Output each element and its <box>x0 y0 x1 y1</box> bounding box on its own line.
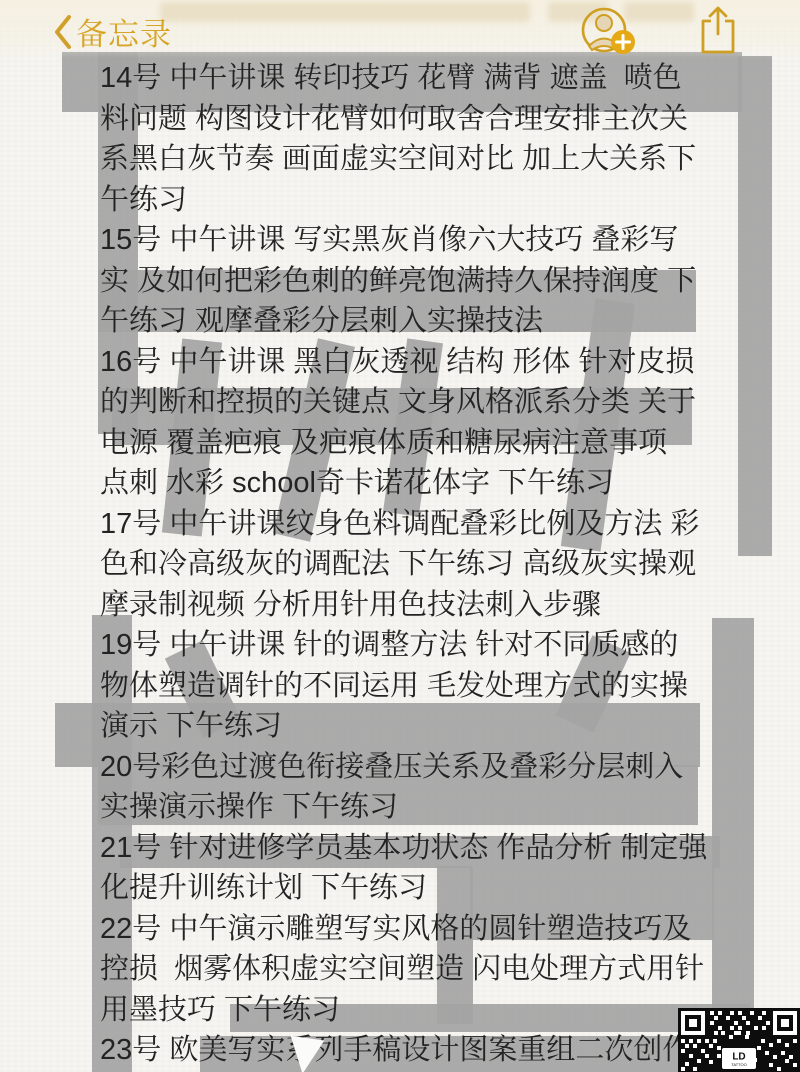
ghost-text-smudge <box>160 2 530 22</box>
note-line: 控损 烟雾体积虚实空间塑造 闪电处理方式用针 <box>100 949 748 990</box>
note-line: 17号 中午讲课纹身色料调配叠彩比例及方法 彩 <box>100 504 748 545</box>
note-line: 午练习 <box>100 180 748 221</box>
qr-brand-sublabel: TATTOO <box>731 1062 747 1067</box>
note-body[interactable]: 14号 中午讲课 转印技巧 花臂 满背 遮盖 喷色料问题 构图设计花臂如何取舍合… <box>100 58 748 1071</box>
add-people-button[interactable] <box>580 4 642 61</box>
note-line: 电源 覆盖疤痕 及疤痕体质和糖尿病注意事项 <box>100 423 748 464</box>
note-line: 料问题 构图设计花臂如何取舍合理安排主次关 <box>100 99 748 140</box>
qr-code-image: LD TATTOO <box>678 1008 800 1072</box>
note-line: 23号 欧美写实系列手稿设计图案重组二次创作 <box>100 1030 748 1071</box>
back-button[interactable]: 备忘录 <box>52 9 172 54</box>
note-line: 摩录制视频 分析用针用色技法刺入步骤 <box>100 585 748 626</box>
qr-code: LD TATTOO <box>678 1008 800 1072</box>
nav-bar: 备忘录 <box>0 0 800 58</box>
header-actions <box>580 4 740 61</box>
note-line: 物体塑造调针的不同运用 毛发处理方式的实操 <box>100 666 748 707</box>
back-button-label: 备忘录 <box>76 9 172 54</box>
note-line: 系黑白灰节奏 画面虚实空间对比 加上大关系下 <box>100 139 748 180</box>
note-line: 21号 针对进修学员基本功状态 作品分析 制定强 <box>100 828 748 869</box>
note-line: 化提升训练计划 下午练习 <box>100 868 748 909</box>
note-line: 15号 中午讲课 写实黑灰肖像六大技巧 叠彩写 <box>100 220 748 261</box>
note-line: 演示 下午练习 <box>100 706 748 747</box>
note-line: 19号 中午讲课 针的调整方法 针对不同质感的 <box>100 625 748 666</box>
share-button[interactable] <box>696 4 740 61</box>
chevron-left-icon <box>52 13 74 51</box>
notes-app-screen: 14号 中午讲课 转印技巧 花臂 满背 遮盖 喷色料问题 构图设计花臂如何取舍合… <box>0 0 800 1072</box>
note-line: 的判断和控损的关键点 文身风格派系分类 关于 <box>100 382 748 423</box>
note-line: 实 及如何把彩色刺的鲜亮饱满持久保持润度 下 <box>100 261 748 302</box>
note-line: 实操演示操作 下午练习 <box>100 787 748 828</box>
person-add-icon <box>580 4 642 56</box>
white-wedge-pointer <box>286 1036 325 1072</box>
share-arrow-icon <box>696 4 740 56</box>
note-line: 色和冷高级灰的调配法 下午练习 高级灰实操观 <box>100 544 748 585</box>
qr-brand-label: LD <box>732 1052 745 1063</box>
note-line: 用墨技巧 下午练习 <box>100 990 748 1031</box>
note-line: 午练习 观摩叠彩分层刺入实操技法 <box>100 301 748 342</box>
note-line: 22号 中午演示雕塑写实风格的圆针塑造技巧及 <box>100 909 748 950</box>
note-line: 16号 中午讲课 黑白灰透视 结构 形体 针对皮损 <box>100 342 748 383</box>
note-line: 20号彩色过渡色衔接叠压关系及叠彩分层刺入 <box>100 747 748 788</box>
note-line: 14号 中午讲课 转印技巧 花臂 满背 遮盖 喷色 <box>100 58 748 99</box>
note-line: 点刺 水彩 school奇卡诺花体字 下午练习 <box>100 463 748 504</box>
